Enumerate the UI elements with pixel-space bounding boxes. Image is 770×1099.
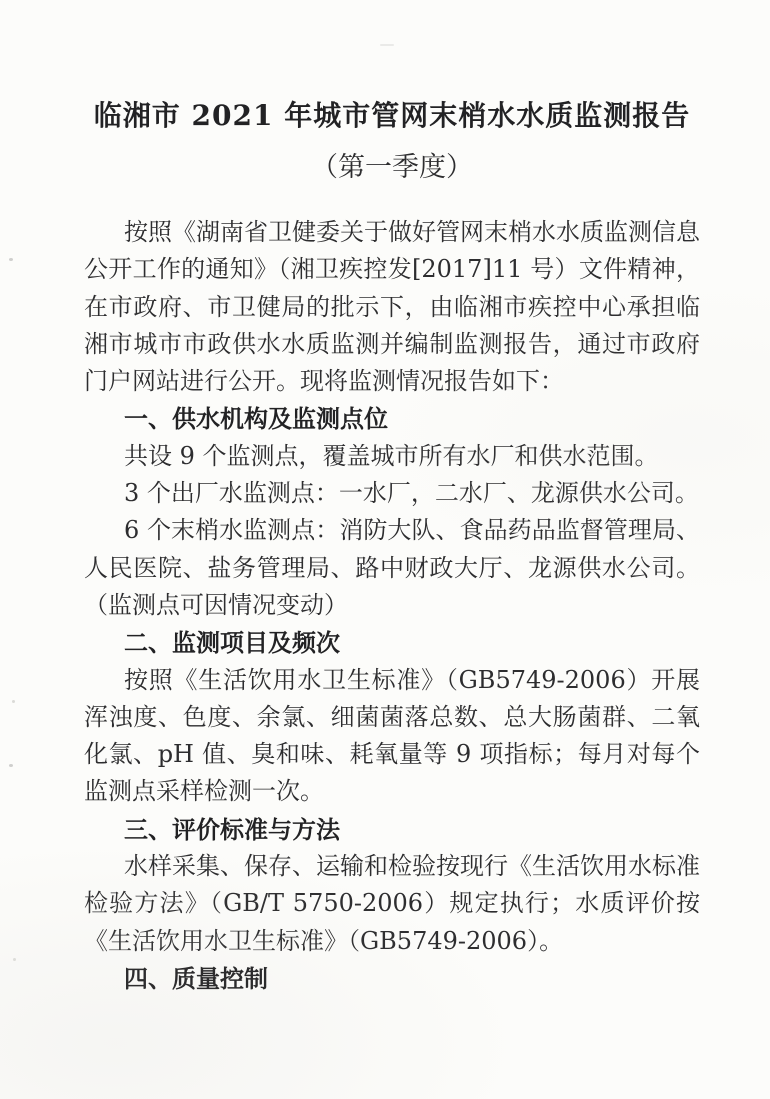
section-heading-4: 四、质量控制 — [84, 960, 700, 997]
scan-speck — [9, 764, 13, 767]
scan-smudge — [380, 44, 394, 46]
paragraph-outlet-points: 3 个出厂水监测点：一水厂，二水厂、龙源供水公司。 — [84, 475, 700, 512]
report-body: 按照《湖南省卫健委关于做好管网末梢水水质监测信息公开工作的通知》（湘卫疾控发[2… — [84, 214, 700, 997]
scan-speck — [9, 258, 13, 261]
paragraph-terminal-points: 6 个末梢水监测点：消防大队、食品药品监督管理局、人民医院、盐务管理局、路中财政… — [84, 512, 700, 624]
paragraph-evaluation-method: 水样采集、保存、运输和检验按现行《生活饮用水标准检验方法》（GB/T 5750-… — [84, 848, 700, 960]
section-heading-3: 三、评价标准与方法 — [84, 811, 700, 848]
report-subtitle: （第一季度） — [84, 148, 700, 188]
page-content: 临湘市 2021 年城市管网末梢水水质监测报告 （第一季度） 按照《湖南省卫健委… — [84, 0, 700, 997]
paragraph-intro: 按照《湖南省卫健委关于做好管网末梢水水质监测信息公开工作的通知》（湘卫疾控发[2… — [84, 214, 700, 400]
paragraph-monitor-points-total: 共设 9 个监测点，覆盖城市所有水厂和供水范围。 — [84, 438, 700, 475]
report-title: 临湘市 2021 年城市管网末梢水水质监测报告 — [84, 96, 700, 136]
section-heading-1: 一、供水机构及监测点位 — [84, 400, 700, 437]
section-heading-2: 二、监测项目及频次 — [84, 624, 700, 661]
paragraph-monitoring-items: 按照《生活饮用水卫生标准》（GB5749-2006）开展浑浊度、色度、余氯、细菌… — [84, 662, 700, 811]
scan-speck — [13, 958, 16, 961]
scan-speck — [12, 700, 15, 703]
scanned-report-page: 临湘市 2021 年城市管网末梢水水质监测报告 （第一季度） 按照《湖南省卫健委… — [0, 0, 770, 1099]
